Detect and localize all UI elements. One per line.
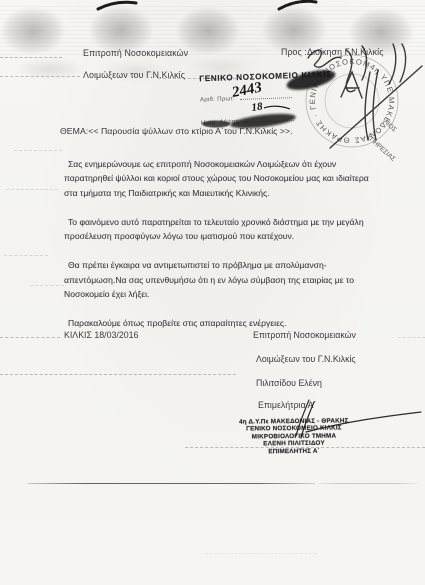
handwritten-protocol-number: 2443 bbox=[230, 79, 264, 101]
pen-mark-top-left bbox=[98, 2, 136, 9]
handwritten-scribble bbox=[264, 106, 290, 109]
svg-text:4η ΥΠΕ ΜΑΚΕΔΟΝΙΑΣ ΘΡΑΚΗΣ · ΓΕΝ: 4η ΥΠΕ ΜΑΚΕΔΟΝΙΑΣ ΘΡΑΚΗΣ · ΓΕΝΙΚΟ ΝΟΣΟΚΟ… bbox=[17, 0, 425, 161]
handwritten-receive-date: 18 bbox=[251, 100, 264, 113]
round-stamp-partial-2: ΥΠΗΡΕΣΙΑΣ bbox=[365, 133, 397, 163]
handwritten-signature-bottom bbox=[296, 400, 421, 438]
ink-smudge bbox=[230, 111, 297, 131]
scanned-letter-page: Επιτροπή Νοσοκομειακών Λοιμώξεων του Γ.Ν… bbox=[0, 0, 425, 585]
ink-smudge bbox=[202, 121, 230, 128]
round-stamp: 4η ΥΠΕ ΜΑΚΕΔΟΝΙΑΣ ΘΡΑΚΗΣ · ΓΕΝΙΚΟ ΝΟΣΟΚΟ… bbox=[17, 0, 425, 163]
ink-overlay: 4η ΥΠΕ ΜΑΚΕΔΟΝΙΑΣ ΘΡΑΚΗΣ · ΓΕΝΙΚΟ ΝΟΣΟΚΟ… bbox=[0, 0, 425, 585]
round-stamp-ring-text: 4η ΥΠΕ ΜΑΚΕΔΟΝΙΑΣ ΘΡΑΚΗΣ · ΓΕΝΙΚΟ ΝΟΣΟΚΟ… bbox=[17, 0, 425, 161]
pen-mark-top-right bbox=[279, 1, 316, 9]
